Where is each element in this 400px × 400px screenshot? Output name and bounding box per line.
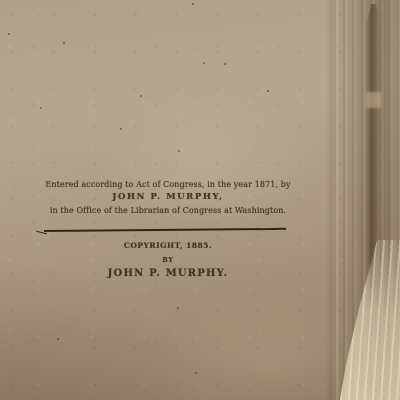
copyright-name-line: JOHN P. MURPHY.: [25, 268, 311, 279]
divider-rule-tail: [257, 227, 286, 229]
copyright-year-line: COPYRIGHT, 1885.: [25, 241, 311, 250]
paper-speck: [140, 95, 142, 97]
paper-speck: [192, 3, 194, 5]
paper-speck: [224, 63, 226, 65]
torn-edge-gap: [366, 92, 381, 108]
registration-notice: Entered according to Act of Congress, in…: [25, 180, 311, 215]
copyright-notice: COPYRIGHT, 1885. BY JOHN P. MURPHY.: [25, 241, 311, 279]
paper-speck: [57, 338, 59, 340]
paper-speck: [267, 90, 269, 92]
paper-speck: [178, 150, 180, 152]
copyright-by-line: BY: [25, 256, 311, 264]
paper-speck: [203, 62, 205, 64]
paper-speck: [177, 307, 179, 309]
registration-line-1: Entered according to Act of Congress, in…: [25, 180, 311, 189]
registration-line-2: JOHN P. MURPHY,: [25, 193, 311, 202]
paper-speck: [40, 107, 42, 109]
paper-speck: [195, 372, 197, 374]
paper-speck: [63, 42, 65, 44]
book-copyright-page-photo: Entered according to Act of Congress, in…: [0, 0, 400, 400]
paper-speck: [120, 128, 122, 130]
paper-speck: [8, 33, 10, 35]
registration-line-3: in the Office of the Librarian of Congre…: [25, 206, 311, 215]
